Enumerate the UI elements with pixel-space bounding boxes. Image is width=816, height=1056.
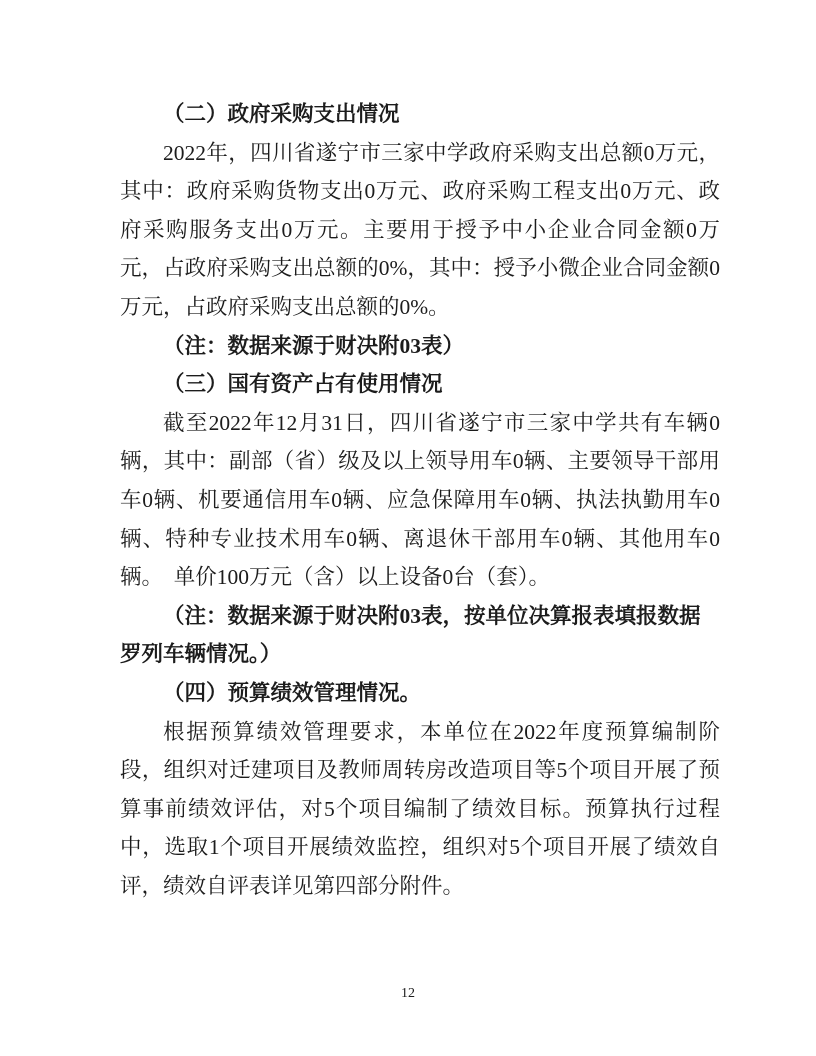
paragraph-assets-details: 截至2022年12月31日，四川省遂宁市三家中学共有车辆0辆，其中：副部（省）级… bbox=[120, 404, 720, 597]
note-data-source-vehicles: （注：数据来源于财决附03表，按单位决算报表填报数据罗列车辆情况。） bbox=[120, 597, 720, 674]
section-heading-state-assets: （三）国有资产占有使用情况 bbox=[120, 365, 720, 404]
section-heading-government-procurement: （二）政府采购支出情况 bbox=[120, 95, 720, 134]
page-number: 12 bbox=[0, 986, 816, 1002]
paragraph-procurement-details: 2022年，四川省遂宁市三家中学政府采购支出总额0万元，其中：政府采购货物支出0… bbox=[120, 134, 720, 327]
note-data-source-procurement: （注：数据来源于财决附03表） bbox=[120, 327, 720, 366]
document-page: （二）政府采购支出情况 2022年，四川省遂宁市三家中学政府采购支出总额0万元，… bbox=[0, 0, 816, 1056]
section-heading-budget-performance: （四）预算绩效管理情况。 bbox=[120, 674, 720, 713]
document-body: （二）政府采购支出情况 2022年，四川省遂宁市三家中学政府采购支出总额0万元，… bbox=[120, 95, 720, 905]
paragraph-performance-details: 根据预算绩效管理要求，本单位在2022年度预算编制阶段，组织对迁建项目及教师周转… bbox=[120, 713, 720, 906]
